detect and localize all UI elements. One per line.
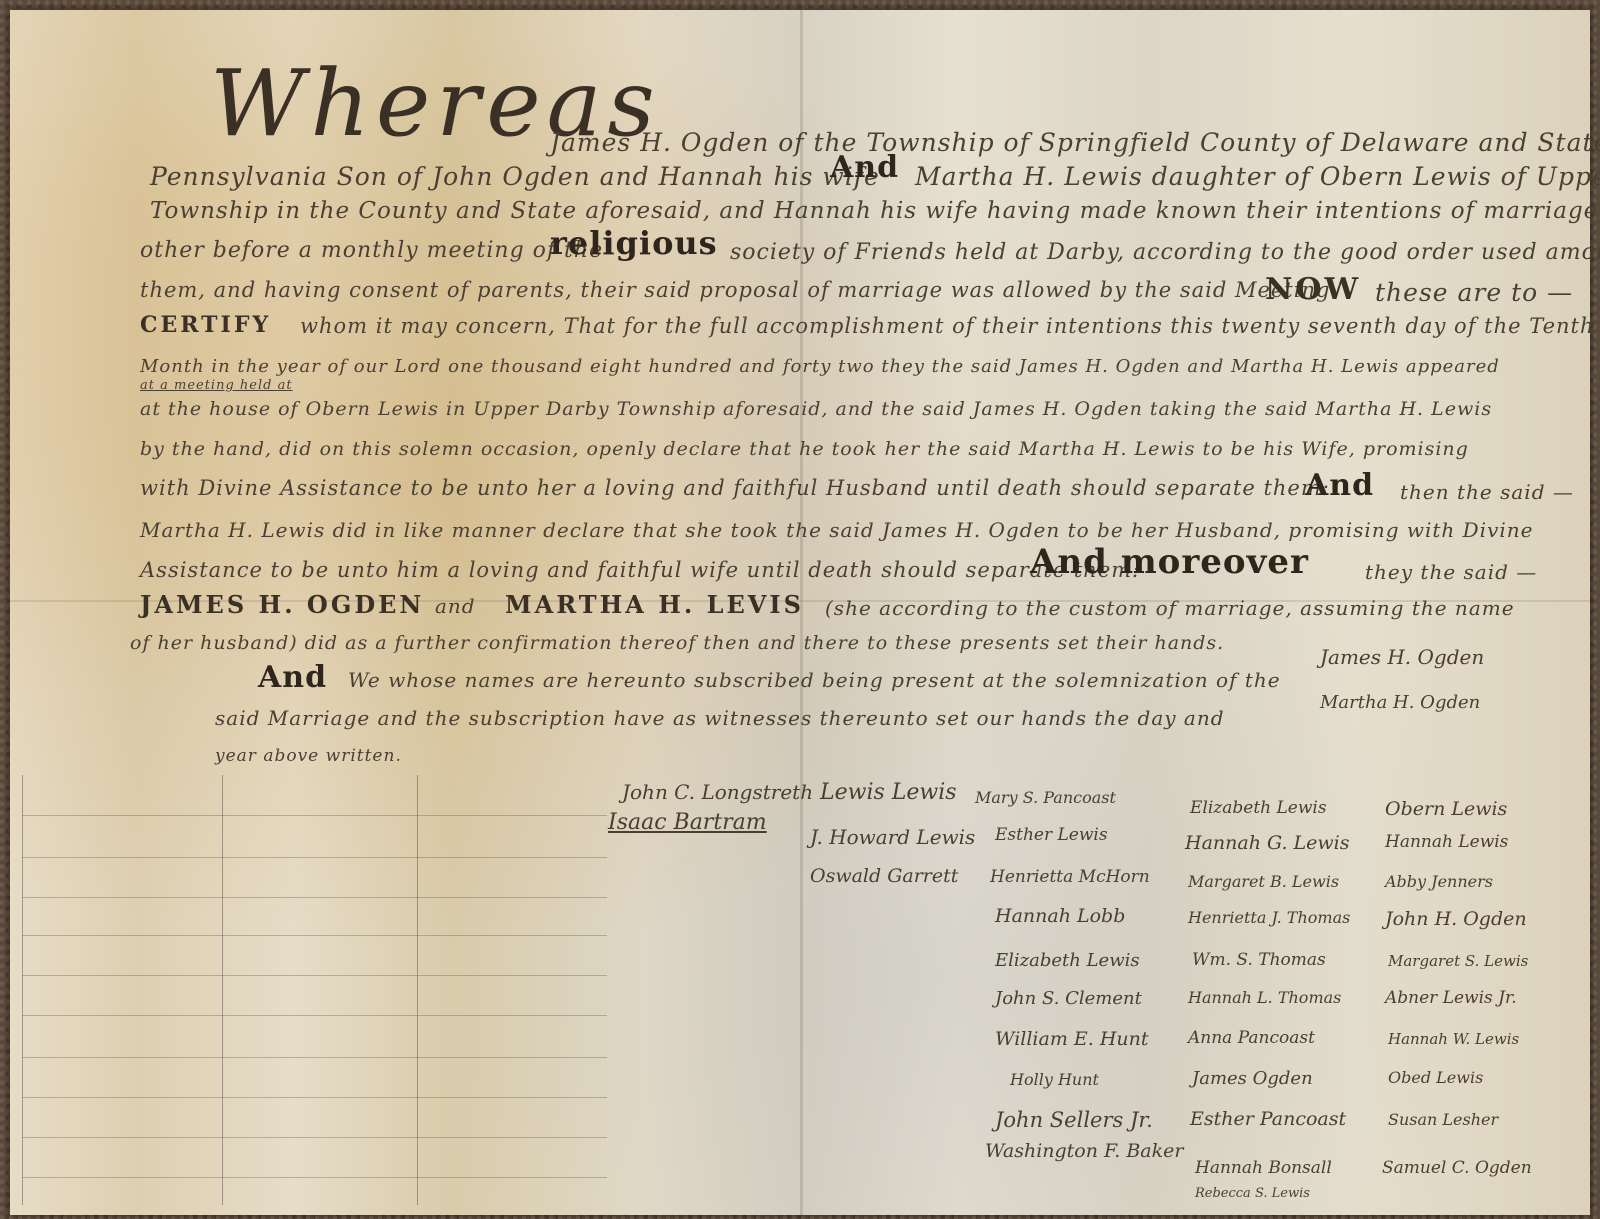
witness-signature: John Sellers Jr. — [995, 1108, 1153, 1132]
witness-signature: Holly Hunt — [1010, 1070, 1099, 1089]
witness-signature: Hannah Lewis — [1385, 832, 1508, 852]
blank-ruled-signature-grid — [22, 775, 607, 1205]
text-line: other before a monthly meeting of the — [140, 238, 603, 263]
text-line: whom it may concern, That for the full a… — [300, 314, 1595, 338]
text-line: of her husband) did as a further confirm… — [130, 632, 1224, 654]
witness-signature: Samuel C. Ogden — [1382, 1158, 1532, 1178]
text-line: said Marriage and the subscription have … — [215, 706, 1225, 730]
text-line: then the said — — [1400, 480, 1574, 504]
witness-signature: William E. Hunt — [995, 1028, 1149, 1050]
witness-signature: Esther Pancoast — [1190, 1108, 1346, 1130]
witness-signature: Abner Lewis Jr. — [1385, 988, 1517, 1008]
text-line: at the house of Obern Lewis in Upper Dar… — [140, 398, 1492, 420]
text-line: society of Friends held at Darby, accord… — [730, 240, 1600, 265]
witness-signature: Hannah W. Lewis — [1388, 1030, 1519, 1048]
witness-signature: Anna Pancoast — [1188, 1028, 1315, 1048]
now-heading: NOW — [1265, 272, 1361, 307]
signature-groom: James H. Ogden — [1320, 645, 1484, 669]
witness-signature: J. Howard Lewis — [810, 825, 975, 849]
text-line: with Divine Assistance to be unto her a … — [140, 476, 1330, 500]
witness-signature: Obed Lewis — [1388, 1068, 1483, 1087]
witness-signature: Elizabeth Lewis — [1190, 798, 1327, 818]
and-heading: And — [258, 660, 327, 695]
text-line: James H. Ogden of the Township of Spring… — [550, 128, 1600, 157]
witness-signature: Margaret B. Lewis — [1188, 872, 1339, 891]
witness-signature: John S. Clement — [995, 988, 1142, 1009]
religious-heading: religious — [550, 224, 718, 262]
witness-signature: Esther Lewis — [995, 825, 1108, 845]
text-line: they the said — — [1365, 560, 1537, 584]
text-line: Martha H. Lewis daughter of Obern Lewis … — [915, 162, 1600, 191]
witness-signature: Margaret S. Lewis — [1388, 952, 1528, 970]
witness-signature: Rebecca S. Lewis — [1195, 1186, 1310, 1201]
text-line: Pennsylvania Son of John Ogden and Hanna… — [150, 162, 880, 191]
witness-signature: Mary S. Pancoast — [975, 788, 1116, 807]
text-line: these are to — — [1375, 278, 1573, 307]
witness-signature: Henrietta J. Thomas — [1188, 908, 1350, 927]
bride-name: MARTHA H. LEVIS — [505, 590, 804, 619]
text-line: by the hand, did on this solemn occasion… — [140, 438, 1469, 460]
witness-signature: Obern Lewis — [1385, 798, 1507, 820]
witness-signature: James Ogden — [1192, 1068, 1313, 1089]
witness-signature: Susan Lesher — [1388, 1110, 1498, 1129]
text-line: Month in the year of our Lord one thousa… — [140, 356, 1500, 377]
text-line: them, and having consent of parents, the… — [140, 278, 1338, 302]
text-line: and — [435, 594, 476, 618]
and-heading: And — [830, 150, 899, 185]
witness-signature: Washington F. Baker — [985, 1140, 1183, 1162]
marriage-certificate: Whereas James H. Ogden of the Township o… — [10, 10, 1590, 1215]
witness-signature: John C. Longstreth — [622, 780, 813, 804]
witness-signature: Elizabeth Lewis — [995, 950, 1140, 971]
witness-signature: Hannah Bonsall — [1195, 1158, 1332, 1178]
witness-signature: Abby Jenners — [1385, 872, 1493, 891]
text-line: We whose names are hereunto subscribed b… — [348, 668, 1281, 692]
text-line: Assistance to be unto him a loving and f… — [140, 558, 1140, 582]
witness-signature: Isaac Bartram — [608, 810, 767, 835]
witness-signature: Henrietta McHorn — [990, 867, 1150, 887]
witness-signature: John H. Ogden — [1385, 908, 1527, 930]
certify-heading: CERTIFY — [140, 312, 271, 338]
interlinear-note: at a meeting held at — [140, 378, 293, 393]
witness-signature: Hannah L. Thomas — [1188, 988, 1341, 1007]
groom-name: JAMES H. OGDEN — [140, 590, 424, 619]
and-heading: And — [1305, 468, 1374, 503]
text-line: (she according to the custom of marriage… — [825, 596, 1515, 620]
witness-signature: Lewis Lewis — [820, 780, 957, 805]
witness-signature: Hannah Lobb — [995, 905, 1125, 927]
signature-bride: Martha H. Ogden — [1320, 692, 1480, 713]
text-line: Township in the County and State aforesa… — [150, 198, 1600, 224]
text-line: Martha H. Lewis did in like manner decla… — [140, 518, 1534, 542]
text-line: year above written. — [215, 746, 402, 766]
witness-signature: Oswald Garrett — [810, 865, 958, 887]
witness-signature: Wm. S. Thomas — [1192, 950, 1326, 970]
witness-signature: Hannah G. Lewis — [1185, 832, 1350, 854]
and-moreover-heading: And moreover — [1030, 542, 1309, 582]
